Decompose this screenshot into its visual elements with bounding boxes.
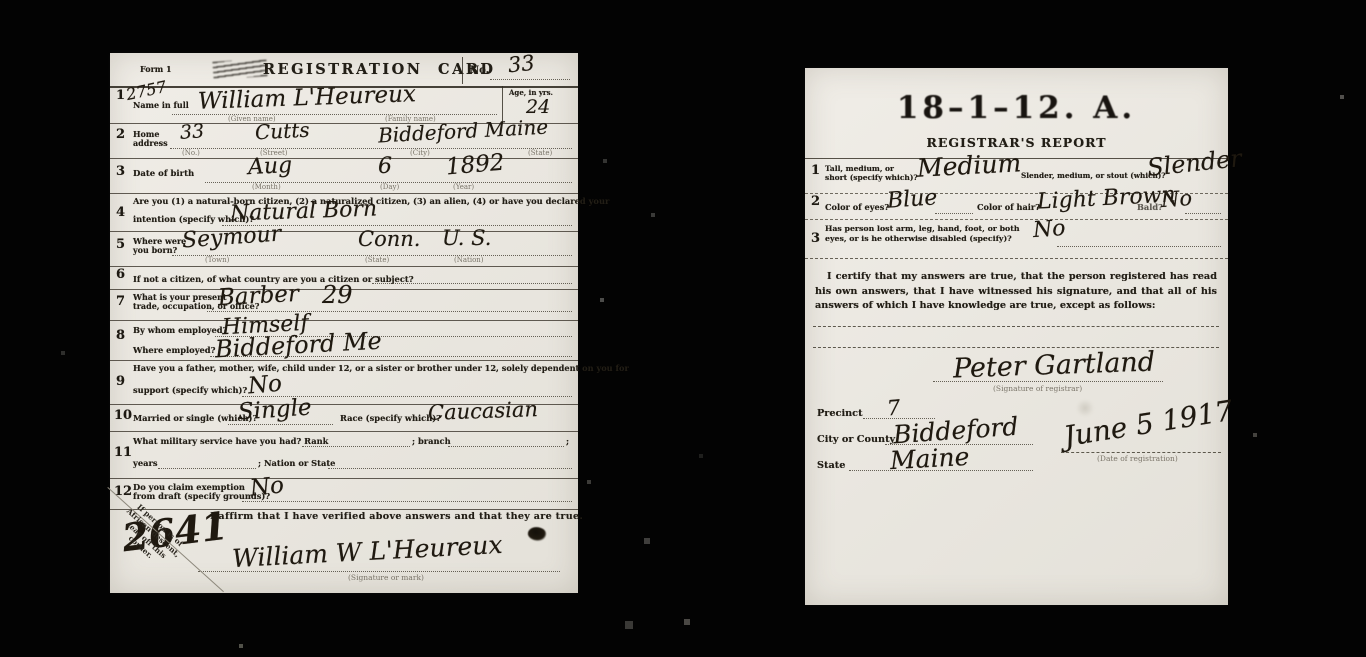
dob-month-value: Aug [247, 155, 292, 179]
row-number: 4 [116, 205, 125, 220]
state-sublabel: (State) [365, 256, 389, 264]
precinct-label: Precinct [817, 408, 863, 419]
row-employer: 8 By whom employed? Himself Where employ… [110, 320, 578, 361]
nation-state-line [328, 468, 572, 469]
row-married-race: 10 Married or single (which)? Single Rac… [110, 404, 578, 432]
born-town-value: Seymour [181, 224, 282, 253]
certify-statement: I certify that my answers are true, that… [815, 270, 1217, 314]
row-number: 7 [116, 294, 125, 309]
years-label: years [133, 459, 158, 469]
form-number-label: Form 1 [140, 65, 172, 74]
build-label: Slender, medium, or stout (which)? [1021, 172, 1166, 181]
height-label2: short (specify which)? [825, 174, 918, 183]
height-value: Medium [916, 150, 1021, 180]
row-number: 1 [811, 163, 820, 178]
stamp-code: 18–1–12. A. [805, 90, 1228, 127]
military-rank-label: What military service have you had? Rank [133, 437, 328, 447]
dob-year-value: 1892 [445, 151, 505, 179]
race-value: Caucasian [428, 399, 539, 424]
registrar-signature: Peter Gartland [953, 348, 1156, 382]
bald-line [1185, 213, 1221, 214]
registration-date-sublabel: (Date of registration) [1097, 454, 1178, 463]
row-disability: 3 Has person lost arm, leg, hand, foot, … [805, 219, 1228, 259]
ink-blot [526, 524, 548, 543]
name-line [172, 114, 497, 115]
row-number: 3 [116, 164, 125, 179]
registrar-signature-line [933, 381, 1163, 382]
stamp-smudge [212, 58, 267, 80]
month-sublabel: (Month) [252, 183, 281, 191]
address-street-value: Cutts [255, 120, 311, 143]
dependents-question-line2: support (specify which)? [133, 386, 247, 396]
row-exemption: 12 Do you claim exemption from draft (sp… [110, 478, 578, 510]
row-number: 8 [116, 328, 125, 343]
state-label: State [817, 460, 845, 471]
years-line [158, 468, 256, 469]
trade-value: Barber [217, 283, 299, 310]
citizenship-value: Natural Born [230, 198, 378, 225]
year-sublabel: (Year) [453, 183, 474, 191]
eyes-label: Color of eyes? [825, 203, 889, 213]
row-number: 6 [116, 267, 125, 282]
trade-line [207, 311, 572, 312]
row-home-address: 2 Home address 33 Cutts Biddeford Maine … [110, 123, 578, 159]
by-whom-employed-label: By whom employed? [133, 326, 227, 336]
name-value: William L'Heureux [198, 83, 417, 114]
exemption-line [242, 501, 572, 502]
rank-line [302, 446, 410, 447]
card-title: REGISTRATION CARD [263, 61, 495, 78]
registrars-report-card: 18–1–12. A. REGISTRAR'S REPORT 1 Tall, m… [805, 68, 1228, 605]
row-date-of-birth: 3 Date of birth Aug 6 1892 (Month) (Day)… [110, 158, 578, 194]
day-sublabel: (Day) [380, 183, 399, 191]
no-sublabel: (No.) [182, 149, 200, 157]
affirm-statement: I affirm that I have verified above answ… [210, 511, 583, 522]
bald-label: Bald? [1137, 203, 1163, 213]
born-state-value: Conn. [358, 229, 420, 250]
affirmation-section: I affirm that I have verified above answ… [110, 509, 578, 593]
precinct-value: 7 [886, 397, 901, 419]
name-label: Name in full [133, 101, 189, 110]
born-nation-value: U. S. [442, 228, 491, 249]
branch-semicolon: ; [566, 437, 569, 447]
dependents-question-line1: Have you a father, mother, wife, child u… [133, 364, 629, 374]
build-value: Slender [1146, 146, 1243, 180]
except-line1 [813, 326, 1219, 327]
except-line2 [813, 347, 1219, 348]
branch-line [448, 446, 564, 447]
no-dotted-line [490, 79, 570, 80]
hair-label: Color of hair? [977, 203, 1040, 213]
city-county-label: City or County [817, 434, 895, 445]
registrar-signature-sublabel: (Signature of registrar) [993, 384, 1082, 393]
registration-date-line [1061, 452, 1221, 453]
disability-label1: Has person lost arm, leg, hand, foot, or… [825, 224, 1020, 233]
row-number: 1 [116, 88, 125, 103]
paper-smudge [1075, 400, 1095, 416]
row-number: 11 [114, 445, 132, 460]
branch-label: ; branch [412, 437, 451, 447]
dependents-value: No [247, 373, 283, 399]
where-born-label2: you born? [133, 246, 177, 255]
no-label: No. [470, 65, 489, 77]
row-trade: 7 What is your present trade, occupation… [110, 289, 578, 321]
state-value: Maine [889, 444, 970, 473]
nation-state-label: ; Nation or State [258, 459, 335, 469]
address-number-value: 33 [179, 122, 204, 143]
row-number: 10 [114, 408, 132, 423]
no-value: 33 [507, 53, 536, 77]
race-label: Race (specify which)? [340, 414, 441, 424]
header-divider [462, 57, 463, 84]
disability-line [1057, 246, 1221, 247]
registration-card: Form 1 REGISTRATION CARD No. 33 1 2757 N… [110, 53, 578, 593]
dob-label: Date of birth [133, 169, 194, 179]
row-number: 9 [116, 374, 125, 389]
city-sublabel: (City) [410, 149, 430, 157]
not-citizen-line [372, 283, 572, 284]
row-military-service: 11 What military service have you had? R… [110, 431, 578, 479]
nation-sublabel: (Nation) [454, 256, 484, 264]
trade-number-value: 29 [322, 283, 353, 307]
eyes-line [935, 213, 973, 214]
disability-value: No [1032, 218, 1066, 242]
row-number: 2 [811, 194, 820, 209]
row-number: 3 [811, 231, 820, 246]
row-number: 5 [116, 237, 125, 252]
married-single-value: Single [237, 396, 312, 424]
registrant-signature: William W L'Heureux [232, 532, 504, 571]
address-label: address [133, 139, 168, 148]
where-employed-label: Where employed? [133, 346, 215, 356]
exemption-value: No [249, 474, 285, 500]
row-number: 2 [116, 127, 125, 142]
disability-label2: eyes, or is he otherwise disabled (speci… [825, 234, 1012, 243]
row-where-born: 5 Where were you born? Seymour Conn. U. … [110, 231, 578, 267]
eyes-value: Blue [886, 187, 938, 212]
scan-noise [0, 0, 2, 2]
address-line [170, 148, 572, 149]
row-citizenship: 4 Are you (1) a natural-born citizen, (2… [110, 193, 578, 232]
town-sublabel: (Town) [205, 256, 229, 264]
signature-sublabel: (Signature or mark) [348, 573, 424, 582]
bald-value: No [1160, 188, 1192, 211]
dob-day-value: 6 [378, 156, 392, 178]
row-eyes-hair: 2 Color of eyes? Blue Color of hair? Lig… [805, 192, 1228, 220]
state-sublabel: (State) [528, 149, 552, 157]
